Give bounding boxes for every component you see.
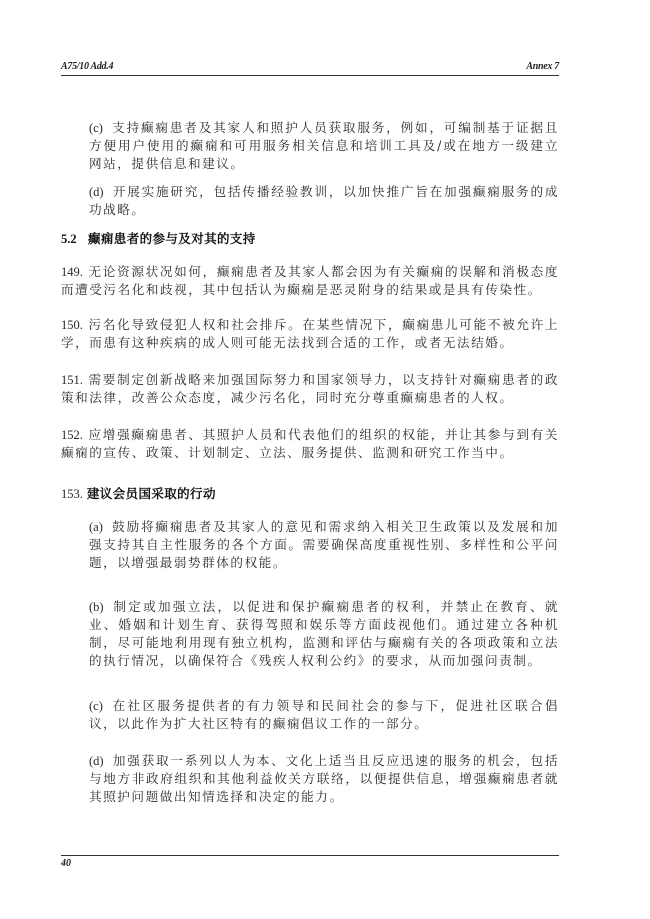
paragraph-number: 152. xyxy=(61,428,83,442)
item-label: (d) xyxy=(89,754,104,768)
paragraph-text: 应增强癫痫患者、其照护人员和代表他们的组织的权能，并让其参与到有关癫痫的宣传、政… xyxy=(61,427,559,460)
paragraph-text: 需要制定创新战略来加强国际努力和国家领导力，以支持针对癫痫患者的政策和法律，改善… xyxy=(61,372,559,405)
annex-label: Annex 7 xyxy=(526,61,559,72)
item-label: (d) xyxy=(89,185,104,199)
paragraph-text: 无论资源状况如何，癫痫患者及其家人都会因为有关癫痫的误解和消极态度而遭受污名化和… xyxy=(61,264,559,297)
section-number: 5.2 xyxy=(61,232,88,247)
page-number: 40 xyxy=(61,858,71,869)
actions-title: 建议会员国采取的行动 xyxy=(87,486,216,501)
item-label: (a) xyxy=(89,520,103,534)
item-text: 制定或加强立法，以促进和保护癫痫患者的权利，并禁止在教育、就业、婚姻和计划生育、… xyxy=(89,599,559,668)
item-text: 支持癫痫患者及其家人和照护人员获取服务，例如，可编制基于证据且方便用户使用的癫痫… xyxy=(89,120,559,171)
action-item-b: (b)制定或加强立法，以促进和保护癫痫患者的权利，并禁止在教育、就业、婚姻和计划… xyxy=(89,598,559,670)
action-item-c: (c)在社区服务提供者的有力领导和民间社会的参与下，促进社区联合倡议，以此作为扩… xyxy=(89,697,559,733)
item-text: 加强获取一系列以人为本、文化上适当且反应迅速的服务的机会，包括与地方非政府组织和… xyxy=(89,753,559,804)
paragraph-151: 151. 需要制定创新战略来加强国际努力和国家领导力，以支持针对癫痫患者的政策和… xyxy=(61,371,559,407)
paragraph-149: 149. 无论资源状况如何，癫痫患者及其家人都会因为有关癫痫的误解和消极态度而遭… xyxy=(61,263,559,299)
paragraph-number: 150. xyxy=(61,318,83,332)
document-page: A75/10 Add.4 Annex 7 (c)支持癫痫患者及其家人和照护人员获… xyxy=(0,0,650,919)
paragraph-150: 150. 污名化导致侵犯人权和社会排斥。在某些情况下，癫痫患儿可能不被允许上学，… xyxy=(61,316,559,352)
paragraph-text: 污名化导致侵犯人权和社会排斥。在某些情况下，癫痫患儿可能不被允许上学，而患有这种… xyxy=(61,317,559,350)
item-label: (c) xyxy=(89,699,103,713)
item-label: (b) xyxy=(89,600,104,614)
list-item-d-continued: (d)开展实施研究，包括传播经验教训，以加快推广旨在加强癫痫服务的成功战略。 xyxy=(89,183,559,219)
list-item-c-continued: (c)支持癫痫患者及其家人和照护人员获取服务，例如，可编制基于证据且方便用户使用… xyxy=(89,119,559,173)
action-item-d: (d)加强获取一系列以人为本、文化上适当且反应迅速的服务的机会，包括与地方非政府… xyxy=(89,752,559,806)
paragraph-number: 153. xyxy=(61,487,83,501)
item-label: (c) xyxy=(89,121,103,135)
paragraph-152: 152. 应增强癫痫患者、其照护人员和代表他们的组织的权能，并让其参与到有关癫痫… xyxy=(61,426,559,462)
item-text: 鼓励将癫痫患者及其家人的意见和需求纳入相关卫生政策以及发展和加强支持其自主性服务… xyxy=(89,519,559,570)
running-footer: 40 xyxy=(61,855,559,856)
item-text: 开展实施研究，包括传播经验教训，以加快推广旨在加强癫痫服务的成功战略。 xyxy=(89,184,559,217)
section-heading: 5.2癫痫患者的参与及对其的支持 xyxy=(61,229,256,247)
item-text: 在社区服务提供者的有力领导和民间社会的参与下，促进社区联合倡议，以此作为扩大社区… xyxy=(89,698,559,731)
actions-heading: 153. 建议会员国采取的行动 xyxy=(61,484,216,502)
section-title: 癫痫患者的参与及对其的支持 xyxy=(88,231,256,246)
paragraph-number: 149. xyxy=(61,265,83,279)
document-code: A75/10 Add.4 xyxy=(61,61,113,72)
paragraph-number: 151. xyxy=(61,373,83,387)
action-item-a: (a)鼓励将癫痫患者及其家人的意见和需求纳入相关卫生政策以及发展和加强支持其自主… xyxy=(89,518,559,572)
running-header: A75/10 Add.4 Annex 7 xyxy=(61,60,559,76)
